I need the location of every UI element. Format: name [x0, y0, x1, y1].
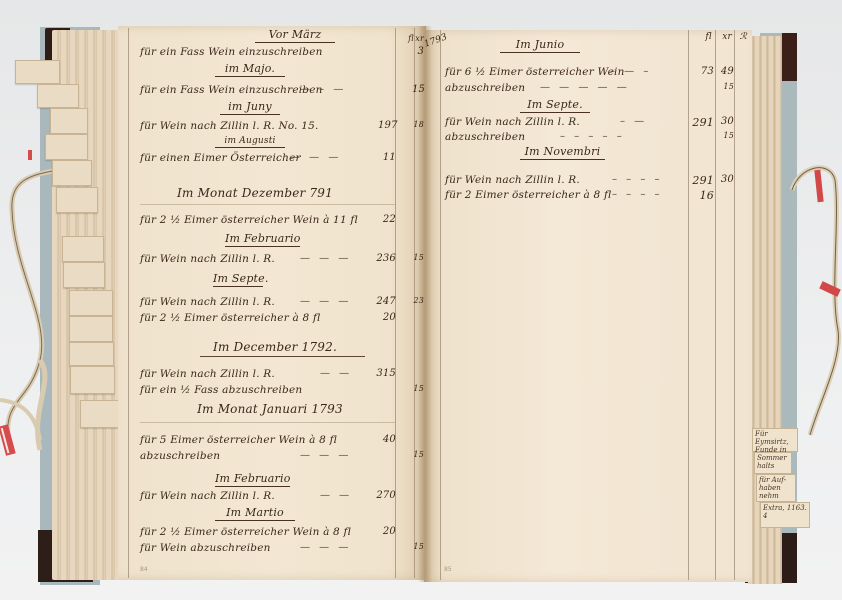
section-heading: Im Septe.	[213, 272, 263, 287]
section-heading: Im Monat Dezember 791	[175, 186, 335, 200]
heading-rule	[140, 422, 395, 423]
section-heading: im Juny	[220, 100, 280, 115]
index-tab[interactable]	[69, 290, 113, 316]
ledger-entry-kr: 15	[413, 253, 424, 262]
section-heading: Im Martio	[215, 506, 295, 521]
section-heading: Im Monat Januari 1793	[190, 402, 350, 416]
section-heading: Im Novembri	[520, 145, 605, 160]
leader-dashes: — — —	[300, 253, 351, 264]
right-column-header-fl: fl	[690, 32, 712, 42]
ledger-entry-kr: 3	[414, 46, 424, 57]
ledger-entry-text: für Wein nach Zillin l. R. No. 15.	[140, 120, 319, 132]
ledger-entry-text: für Wein nach Zillin l. R.	[445, 174, 580, 186]
heading-rule	[200, 356, 365, 357]
section-heading: Im Februario	[215, 472, 290, 487]
section-heading: Im December 1792.	[205, 340, 345, 354]
index-tab[interactable]	[50, 108, 88, 134]
ledger-entry-text: für 6 ½ Eimer österreicher Wein	[445, 66, 625, 78]
ledger-entry-text: abzuschreiben	[445, 82, 525, 94]
ledger-entry-fl: 197	[378, 120, 396, 131]
section-heading: Im Februario	[225, 232, 300, 247]
leader-dashes: — — —	[290, 152, 341, 163]
ledger-entry-kr: 15	[413, 542, 424, 551]
ledger-entry-fl: 20	[378, 526, 396, 537]
ledger-entry-text: für 2 ½ Eimer österreicher Wein à 8 fl	[140, 526, 351, 538]
ledger-entry-fl: 22	[378, 214, 396, 225]
ledger-entry-text: für Wein nach Zillin l. R.	[140, 296, 275, 308]
ledger-entry-kr: 15	[413, 384, 424, 393]
index-tab[interactable]	[62, 236, 104, 262]
leader-dashes: — — —	[300, 450, 351, 461]
ledger-entry-kr: 18	[413, 120, 424, 129]
paper-slip: Für Eymsirtz, Funde in	[752, 428, 798, 452]
ledger-entry-text: für ein Fass Wein einzuschreiben	[140, 84, 323, 96]
ledger-entry-text: für ein Fass Wein einzuschreiben	[140, 46, 323, 58]
leader-dashes: – – – – –	[560, 131, 625, 142]
left-ribbon-ties	[0, 150, 60, 470]
ledger-entry-text: für 2 ½ Eimer österreicher à 8 fl	[140, 312, 321, 324]
ledger-entry-text: abzuschreiben	[445, 131, 525, 143]
ledger-entry-kr: 30	[716, 174, 734, 185]
ledger-entry-text: für ein ½ Fass abzuschreiben	[140, 384, 302, 396]
ledger-entry-text: für Wein nach Zillin l. R.	[140, 253, 275, 265]
index-tab[interactable]	[69, 316, 113, 342]
leader-dashes: — — —	[300, 296, 351, 307]
paper-slip: für Auf-haben nehm	[756, 474, 796, 502]
leader-dashes: – —	[620, 116, 647, 127]
leader-dashes: – — –	[610, 66, 651, 77]
paper-slip: Sommer halts	[754, 452, 792, 474]
leader-dashes: — —	[320, 490, 352, 501]
paper-slip: Extra, 1163. 4	[760, 502, 810, 528]
ledger-entry-text: für 2 Eimer österreicher à 8 fl	[445, 189, 612, 201]
ledger-entry-text: für 2 ½ Eimer österreicher Wein à 11 fl	[140, 214, 358, 226]
index-tab[interactable]	[70, 366, 115, 394]
section-heading: Im Junio	[500, 38, 580, 53]
index-tab[interactable]	[15, 60, 60, 84]
section-heading: Vor März	[255, 28, 335, 43]
ledger-entry-fl: 236	[375, 253, 396, 264]
ledger-entry-text: für Wein nach Zillin l. R.	[140, 368, 275, 380]
ledger-entry-text: für einen Eimer Österreicher	[140, 152, 301, 164]
index-tab[interactable]	[63, 262, 105, 288]
right-column-header-kr: xr	[716, 32, 732, 42]
ledger-entry-text: für Wein nach Zillin l. R.	[445, 116, 580, 128]
heading-rule	[140, 204, 395, 205]
ledger-entry-text: abzuschreiben	[140, 450, 220, 462]
left-column-header-fl: fl	[396, 34, 414, 43]
ledger-entry-text: für Wein abzuschreiben	[140, 542, 271, 554]
right-amount-rule-kr	[715, 30, 716, 580]
ledger-entry-kr: 15	[716, 131, 734, 140]
leader-dashes: — — — — —	[540, 82, 630, 93]
ledger-entry-kr: 30	[716, 116, 734, 127]
right-page-number: 85	[444, 566, 452, 573]
index-tab[interactable]	[52, 160, 92, 186]
leader-dashes: – – – –	[612, 189, 663, 200]
index-tab[interactable]	[69, 342, 114, 366]
ledger-entry-fl: 291	[688, 116, 714, 129]
left-page-number: 84	[140, 566, 148, 573]
ledger-entry-fl: 247	[375, 296, 396, 307]
right-column-header-d: ℛ	[735, 32, 747, 42]
left-margin-rule	[128, 28, 129, 578]
ledger-entry-fl: 315	[375, 368, 396, 379]
ledger-entry-kr: 23	[413, 296, 424, 305]
ledger-entry-fl: 16	[690, 189, 714, 202]
ledger-entry-kr: 15	[716, 82, 734, 91]
ledger-entry-fl: 11	[378, 152, 396, 163]
ledger-entry-fl: 73	[690, 66, 714, 77]
right-ribbon-ties	[790, 160, 842, 440]
right-margin-rule	[440, 30, 441, 580]
index-tab[interactable]	[45, 134, 88, 160]
right-amount-rule-fl	[688, 30, 689, 580]
ledger-entry-kr: 15	[413, 450, 424, 459]
right-amount-rule-d	[734, 30, 735, 580]
index-tab[interactable]	[37, 84, 79, 108]
ledger-entry-fl: 40	[378, 434, 396, 445]
ledger-entry-kr: 15	[412, 84, 424, 95]
ledger-entry-kr: 49	[716, 66, 734, 77]
ledger-entry-text: für 5 Eimer österreicher Wein à 8 fl	[140, 434, 337, 446]
section-heading: im Augusti	[215, 136, 285, 148]
index-tab[interactable]	[56, 187, 98, 213]
ledger-entry-fl: 270	[375, 490, 396, 501]
ledger-entry-text: für Wein nach Zillin l. R.	[140, 490, 275, 502]
section-heading: im Majo.	[215, 62, 285, 77]
leader-dashes: – – – –	[612, 174, 663, 185]
leader-dashes: — — —	[300, 542, 351, 553]
leader-dashes: — – —	[300, 84, 346, 95]
ledger-entry-fl: 291	[688, 174, 714, 187]
ledger-entry-fl: 20	[378, 312, 396, 323]
right-top-leather-corner	[782, 33, 797, 81]
section-heading: Im Septe.	[520, 98, 590, 113]
leader-dashes: — —	[320, 368, 352, 379]
